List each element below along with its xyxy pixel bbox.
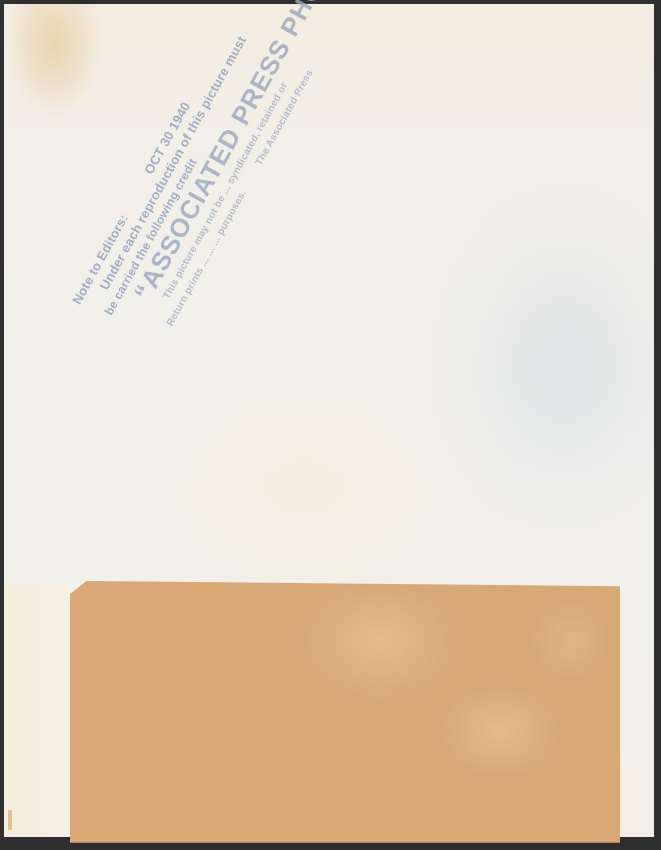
attached-paper-slip — [70, 581, 620, 843]
print-lower-margin — [4, 583, 70, 837]
stain-mark — [8, 810, 12, 830]
